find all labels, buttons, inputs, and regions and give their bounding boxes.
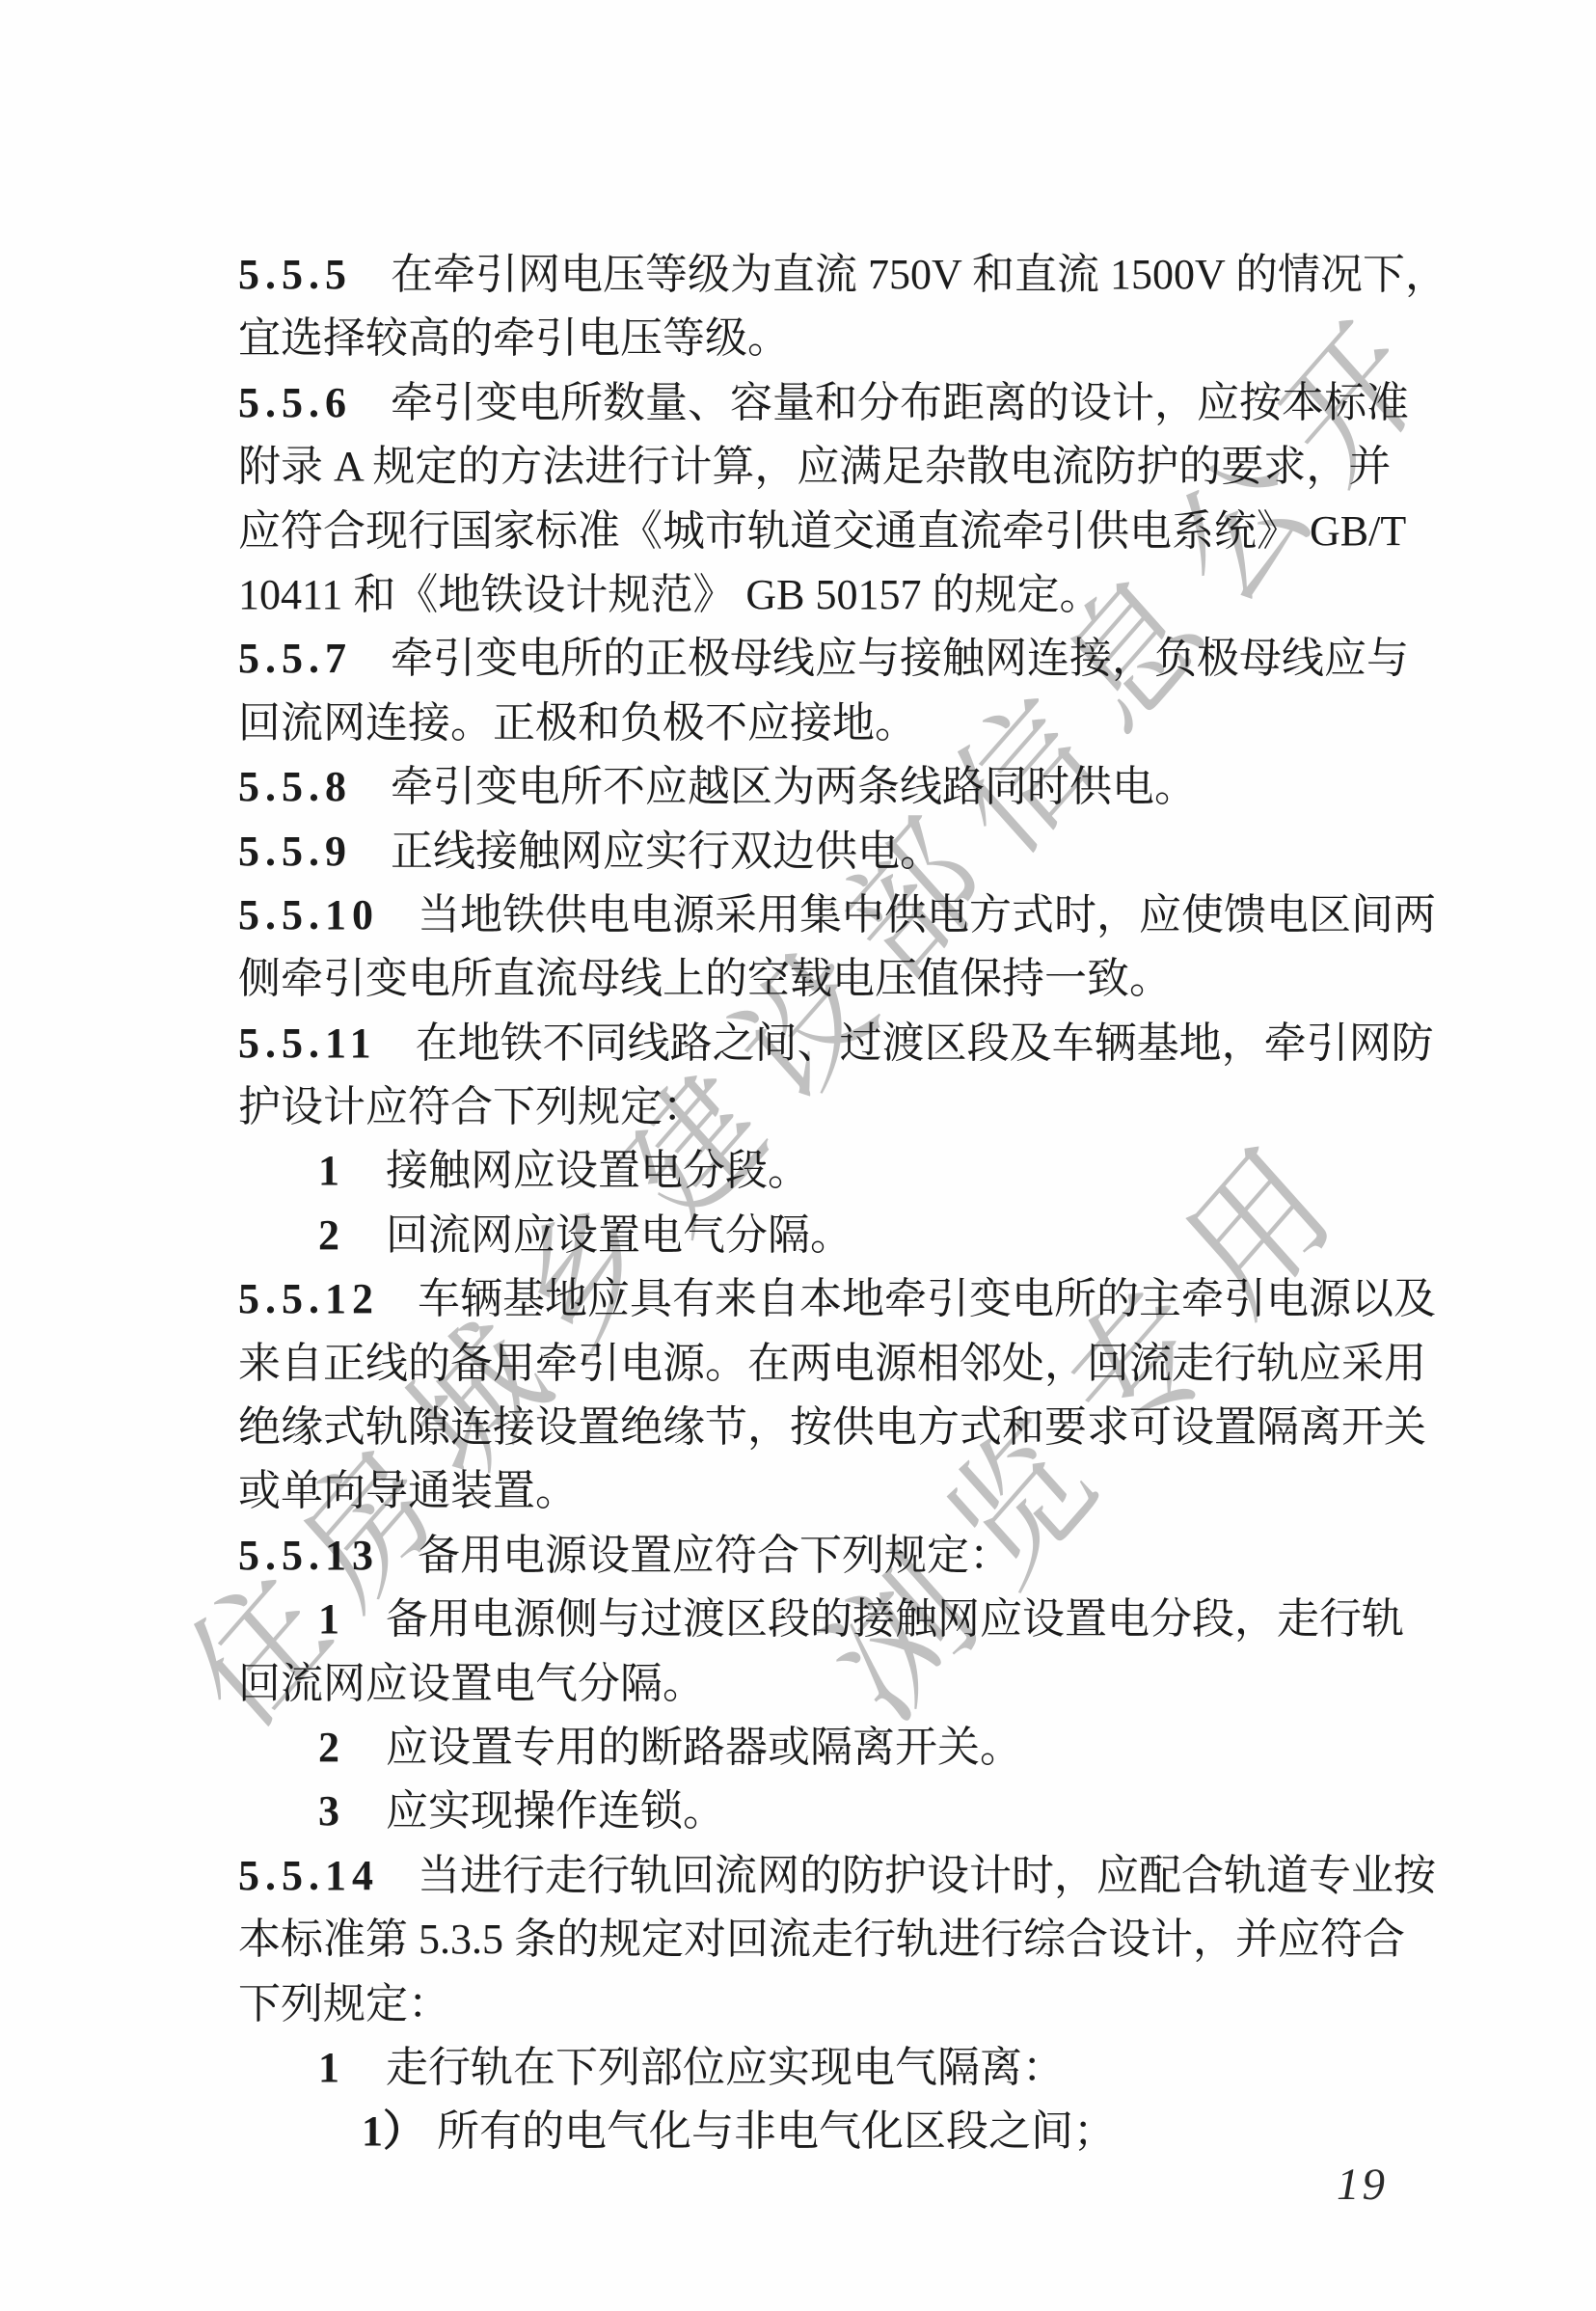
line-text: 在牵引网电压等级为直流 750V 和直流 1500V 的情况下， bbox=[391, 251, 1447, 298]
section-number: 5.5.13 bbox=[238, 1532, 379, 1579]
item-number: 1 bbox=[318, 2044, 339, 2091]
line-text: 当地铁供电电源采用集中供电方式时，应使馈电区间两 bbox=[418, 891, 1436, 938]
text-line: 应符合现行国家标准《城市轨道交通直流牵引供电系统》 GB/T bbox=[238, 500, 1432, 563]
text-line: 护设计应符合下列规定： bbox=[238, 1075, 1432, 1139]
line-text: 备用电源设置应符合下列规定： bbox=[418, 1532, 1012, 1579]
text-line: 5.5.8牵引变电所不应越区为两条线路同时供电。 bbox=[238, 755, 1432, 819]
text-line: 5.5.14当进行走行轨回流网的防护设计时，应配合轨道专业按 bbox=[238, 1844, 1432, 1908]
text-line: 1接触网应设置电分段。 bbox=[238, 1139, 1432, 1203]
item-number: 1 bbox=[318, 1147, 339, 1194]
line-text: 车辆基地应具有来自本地牵引变电所的主牵引电源以及 bbox=[418, 1275, 1436, 1322]
section-number: 5.5.5 bbox=[238, 251, 352, 298]
document-page: 住房城乡建设部信息公开 浏览专用 5.5.5在牵引网电压等级为直流 750V 和… bbox=[0, 0, 1596, 2311]
text-line: 5.5.11在地铁不同线路之间、过渡区段及车辆基地，牵引网防 bbox=[238, 1012, 1432, 1075]
line-text: 回流网应设置电气分隔。 bbox=[238, 1660, 705, 1707]
section-number: 5.5.9 bbox=[238, 828, 352, 875]
text-line: 5.5.7牵引变电所的正极母线应与接触网连接，负极母线应与 bbox=[238, 627, 1432, 691]
line-text: 所有的电气化与非电气化区段之间； bbox=[437, 2107, 1116, 2155]
text-line: 来自正线的备用牵引电源。在两电源相邻处，回流走行轨应采用 bbox=[238, 1332, 1432, 1396]
line-text: 正线接触网应实行双边供电。 bbox=[391, 828, 942, 875]
line-text: 牵引变电所不应越区为两条线路同时供电。 bbox=[391, 763, 1197, 810]
line-text: 当进行走行轨回流网的防护设计时，应配合轨道专业按 bbox=[418, 1852, 1436, 1899]
line-text: 来自正线的备用牵引电源。在两电源相邻处，回流走行轨应采用 bbox=[238, 1340, 1426, 1387]
text-line: 5.5.10当地铁供电电源采用集中供电方式时，应使馈电区间两 bbox=[238, 884, 1432, 947]
line-text: 回流网应设置电气分隔。 bbox=[386, 1211, 852, 1259]
line-text: 10411 和《地铁设计规范》 GB 50157 的规定。 bbox=[238, 571, 1102, 618]
section-number: 5.5.11 bbox=[238, 1020, 377, 1067]
section-number: 5.5.14 bbox=[238, 1852, 379, 1899]
section-number: 5.5.10 bbox=[238, 891, 379, 938]
text-line: 5.5.9正线接触网应实行双边供电。 bbox=[238, 820, 1432, 884]
text-line: 5.5.13备用电源设置应符合下列规定： bbox=[238, 1524, 1432, 1588]
text-line: 回流网应设置电气分隔。 bbox=[238, 1652, 1432, 1716]
item-number: 1） bbox=[362, 2107, 425, 2155]
line-text: 附录 A 规定的方法进行计算，应满足杂散电流防护的要求，并 bbox=[238, 443, 1391, 490]
text-line: 回流网连接。正极和负极不应接地。 bbox=[238, 692, 1432, 755]
line-text: 下列规定： bbox=[238, 1980, 450, 2027]
section-number: 5.5.12 bbox=[238, 1275, 379, 1322]
text-line: 5.5.12车辆基地应具有来自本地牵引变电所的主牵引电源以及 bbox=[238, 1267, 1432, 1331]
text-line: 绝缘式轨隙连接设置绝缘节，按供电方式和要求可设置隔离开关 bbox=[238, 1396, 1432, 1459]
line-text: 护设计应符合下列规定： bbox=[238, 1083, 705, 1130]
line-text: 备用电源侧与过渡区段的接触网应设置电分段，走行轨 bbox=[386, 1595, 1404, 1643]
line-text: 侧牵引变电所直流母线上的空载电压值保持一致。 bbox=[238, 955, 1172, 1002]
line-text: 在地铁不同线路之间、过渡区段及车辆基地，牵引网防 bbox=[416, 1020, 1434, 1067]
line-text: 或单向导通装置。 bbox=[238, 1467, 578, 1514]
item-number: 2 bbox=[318, 1211, 339, 1259]
text-line: 或单向导通装置。 bbox=[238, 1459, 1432, 1523]
line-text: 走行轨在下列部位应实现电气隔离： bbox=[386, 2044, 1065, 2091]
text-line: 2回流网应设置电气分隔。 bbox=[238, 1204, 1432, 1267]
line-text: 牵引变电所数量、容量和分布距离的设计，应按本标准 bbox=[391, 379, 1409, 426]
line-text: 应设置专用的断路器或隔离开关。 bbox=[386, 1724, 1022, 1771]
section-number: 5.5.7 bbox=[238, 635, 352, 682]
section-number: 5.5.6 bbox=[238, 379, 352, 426]
document-content: 5.5.5在牵引网电压等级为直流 750V 和直流 1500V 的情况下，宜选择… bbox=[0, 0, 1596, 2311]
line-text: 本标准第 5.3.5 条的规定对回流走行轨进行综合设计，并应符合 bbox=[238, 1916, 1405, 1963]
line-text: 牵引变电所的正极母线应与接触网连接，负极母线应与 bbox=[391, 635, 1409, 682]
line-text: 绝缘式轨隙连接设置绝缘节，按供电方式和要求可设置隔离开关 bbox=[238, 1403, 1426, 1451]
line-text: 宜选择较高的牵引电压等级。 bbox=[238, 314, 790, 362]
item-number: 1 bbox=[318, 1595, 339, 1643]
line-text: 接触网应设置电分段。 bbox=[386, 1147, 810, 1194]
text-line: 宜选择较高的牵引电压等级。 bbox=[238, 307, 1432, 370]
text-line: 3应实现操作连锁。 bbox=[238, 1780, 1432, 1843]
section-number: 5.5.8 bbox=[238, 763, 352, 810]
text-line: 1）所有的电气化与非电气化区段之间； bbox=[238, 2100, 1432, 2163]
text-line: 10411 和《地铁设计规范》 GB 50157 的规定。 bbox=[238, 563, 1432, 627]
text-line: 1备用电源侧与过渡区段的接触网应设置电分段，走行轨 bbox=[238, 1588, 1432, 1651]
item-number: 3 bbox=[318, 1787, 339, 1835]
page-number: 19 bbox=[1337, 2159, 1388, 2211]
text-lines: 5.5.5在牵引网电压等级为直流 750V 和直流 1500V 的情况下，宜选择… bbox=[238, 243, 1432, 2164]
text-line: 本标准第 5.3.5 条的规定对回流走行轨进行综合设计，并应符合 bbox=[238, 1908, 1432, 1971]
line-text: 回流网连接。正极和负极不应接地。 bbox=[238, 699, 917, 747]
line-text: 应符合现行国家标准《城市轨道交通直流牵引供电系统》 GB/T bbox=[238, 507, 1406, 555]
text-line: 附录 A 规定的方法进行计算，应满足杂散电流防护的要求，并 bbox=[238, 435, 1432, 499]
text-line: 2应设置专用的断路器或隔离开关。 bbox=[238, 1716, 1432, 1780]
text-line: 下列规定： bbox=[238, 1972, 1432, 2036]
line-text: 应实现操作连锁。 bbox=[386, 1787, 725, 1835]
text-line: 5.5.5在牵引网电压等级为直流 750V 和直流 1500V 的情况下， bbox=[238, 243, 1432, 307]
text-line: 1走行轨在下列部位应实现电气隔离： bbox=[238, 2036, 1432, 2100]
text-line: 5.5.6牵引变电所数量、容量和分布距离的设计，应按本标准 bbox=[238, 371, 1432, 435]
item-number: 2 bbox=[318, 1724, 339, 1771]
text-line: 侧牵引变电所直流母线上的空载电压值保持一致。 bbox=[238, 947, 1432, 1011]
